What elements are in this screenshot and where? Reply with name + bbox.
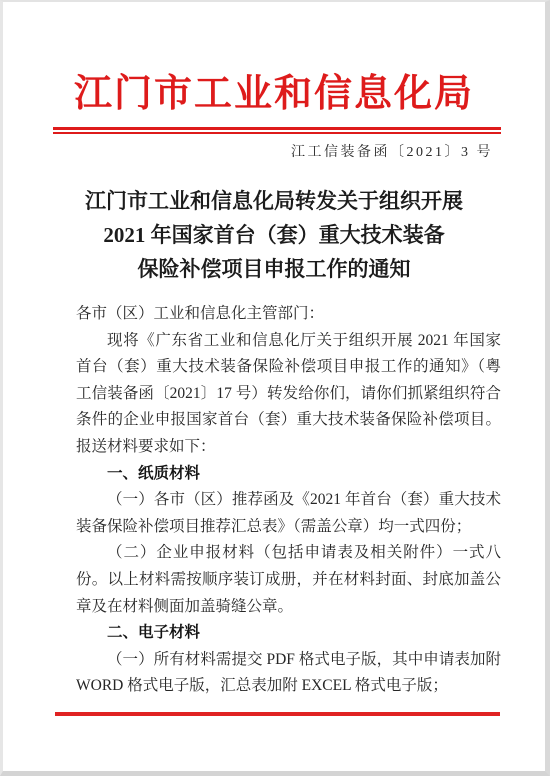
- intro-paragraph: 现将《广东省工业和信息化厅关于组织开展 2021 年国家首台（套）重大技术装备保…: [76, 328, 501, 461]
- electronic-materials-item-1: （一）所有材料需提交 PDF 格式电子版，其中申请表加附 WORD 格式电子版，…: [76, 647, 501, 700]
- section-heading-electronic-materials: 二、电子材料: [76, 620, 501, 647]
- letterhead-separator-line: [53, 127, 501, 134]
- salutation: 各市（区）工业和信息化主管部门：: [76, 301, 501, 328]
- document-body: 各市（区）工业和信息化主管部门： 现将《广东省工业和信息化厅关于组织开展 202…: [76, 301, 501, 700]
- document-title: 江门市工业和信息化局转发关于组织开展 2021 年国家首台（套）重大技术装备 保…: [3, 184, 545, 286]
- paper-materials-item-1: （一）各市（区）推荐函及《2021 年首台（套）重大技术装备保险补偿项目推荐汇总…: [76, 487, 501, 540]
- separator-thin-rule: [53, 132, 501, 134]
- footer-red-rule: [55, 712, 500, 716]
- document-title-line-3: 保险补偿项目申报工作的通知: [3, 252, 545, 286]
- section-heading-paper-materials: 一、纸质材料: [76, 461, 501, 488]
- letterhead-agency-name: 江门市工业和信息化局: [3, 70, 545, 118]
- document-reference-number: 江工信装备函〔2021〕3 号: [291, 141, 493, 161]
- document-title-line-1: 江门市工业和信息化局转发关于组织开展: [3, 184, 545, 218]
- official-document-page: 江门市工业和信息化局 江工信装备函〔2021〕3 号 江门市工业和信息化局转发关…: [0, 0, 550, 776]
- paper-materials-item-2: （二）企业申报材料（包括申请表及相关附件）一式八份。以上材料需按顺序装订成册，并…: [76, 540, 501, 620]
- document-title-line-2: 2021 年国家首台（套）重大技术装备: [3, 218, 545, 252]
